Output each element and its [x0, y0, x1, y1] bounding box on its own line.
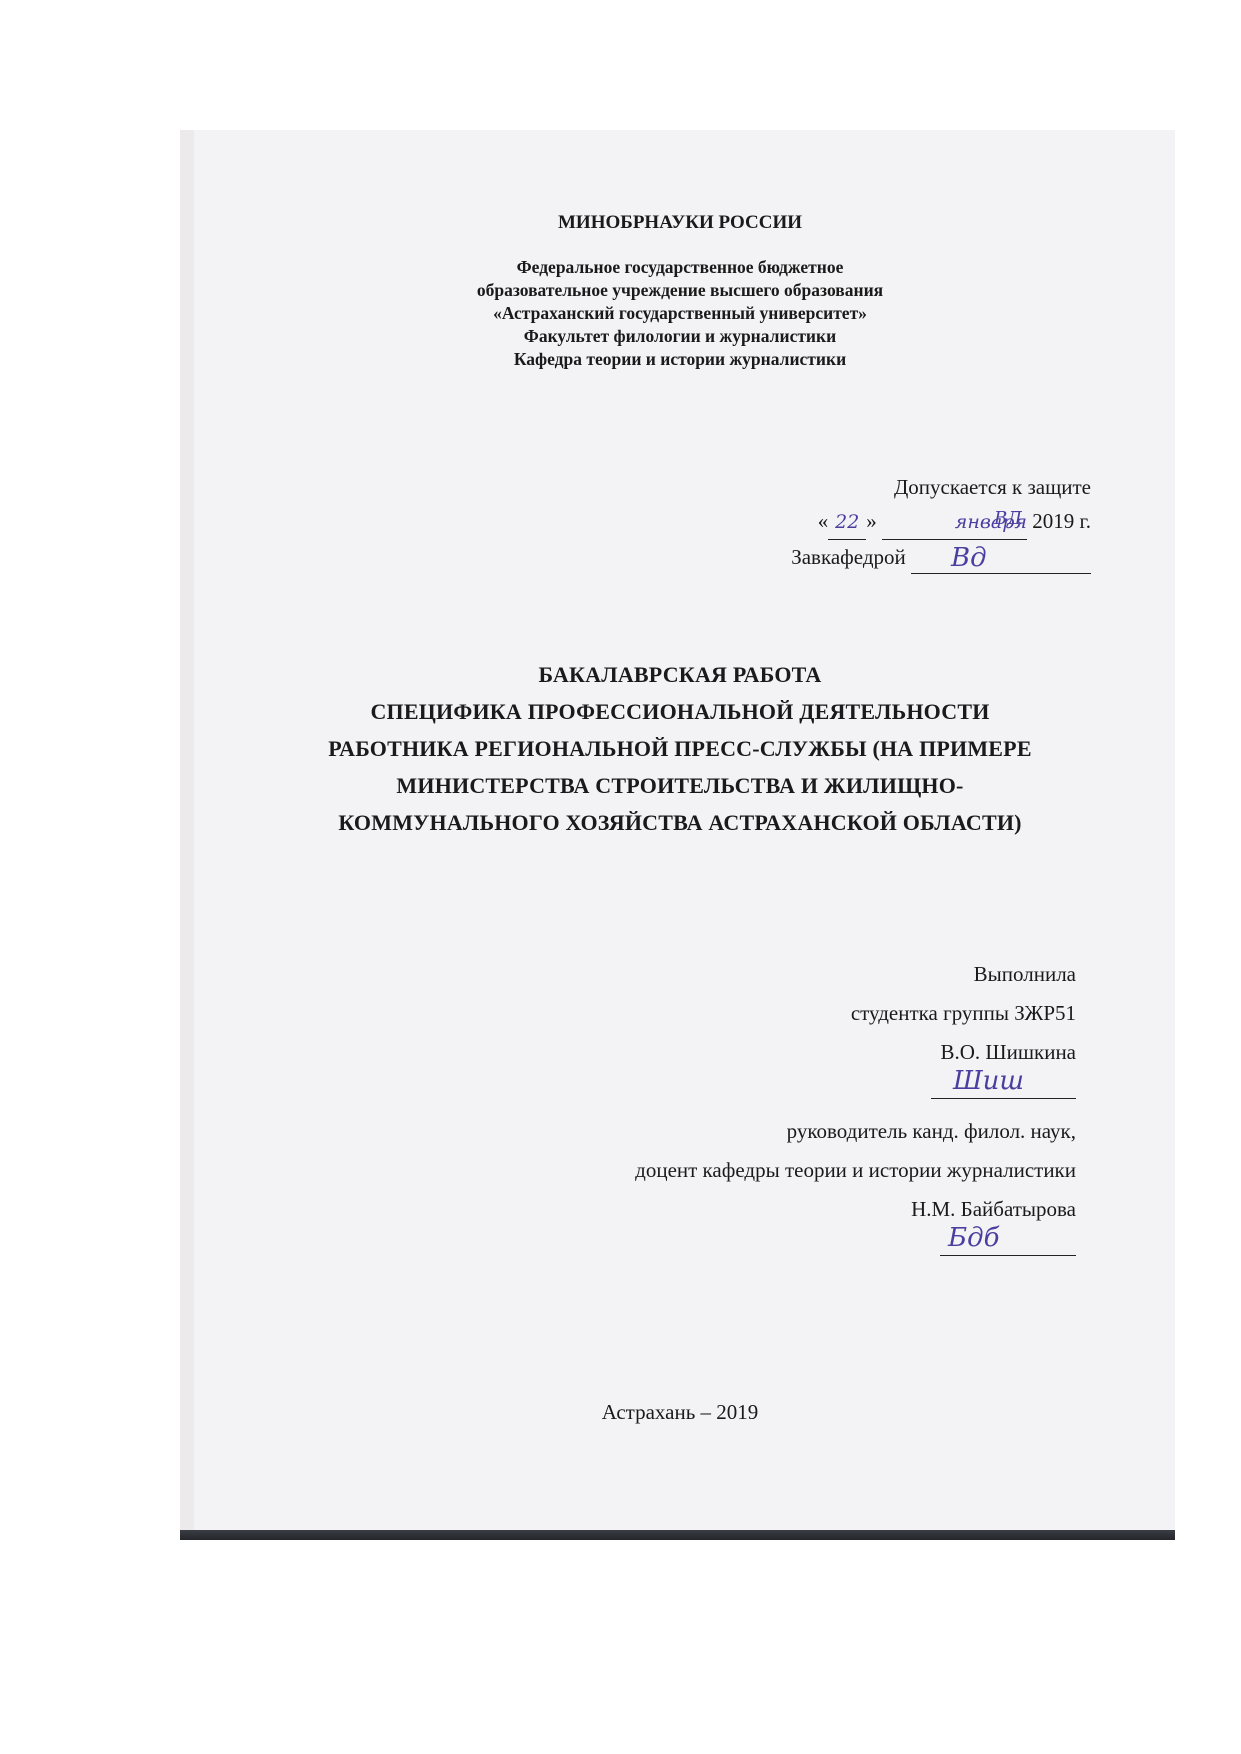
org-line: образовательное учреждение высшего образ… [180, 279, 1180, 302]
supervisor-degree: руководитель канд. филол. наук, [635, 1112, 1076, 1151]
author-signature: Шиш [953, 1062, 1024, 1101]
scan-edge [180, 1530, 1175, 1540]
author-group: студентка группы ЗЖР51 [635, 994, 1076, 1033]
date-year: 2019 г. [1032, 509, 1091, 533]
head-signature-line: Вд [911, 549, 1091, 574]
org-line: Факультет филологии и журналистики [180, 325, 1180, 348]
head-signature: Вд [951, 541, 987, 575]
author-signature-line: Шиш [931, 1072, 1076, 1099]
thesis-title-block: БАКАЛАВРСКАЯ РАБОТА СПЕЦИФИКА ПРОФЕССИОН… [180, 656, 1180, 841]
ministry-name: МИНОБРНАУКИ РОССИИ [180, 212, 1180, 234]
city-year: Астрахань – 2019 [180, 1400, 1180, 1425]
org-line: «Астраханский государственный университе… [180, 302, 1180, 325]
organization-block: Федеральное государственное бюджетное об… [180, 256, 1180, 371]
supervisor-name: Н.М. Байбатырова [635, 1190, 1076, 1229]
admission-block: Допускается к защите «22» январяВД 2019 … [791, 470, 1091, 574]
author-block: Выполнила студентка группы ЗЖР51 В.О. Ши… [635, 955, 1076, 1269]
thesis-type: БАКАЛАВРСКАЯ РАБОТА [180, 656, 1180, 693]
supervisor-position: доцент кафедры теории и истории журналис… [635, 1151, 1076, 1190]
date-month: январяВД [882, 504, 1027, 540]
title-line: КОММУНАЛЬНОГО ХОЗЯЙСТВА АСТРАХАНСКОЙ ОБЛ… [180, 804, 1180, 841]
title-line: СПЕЦИФИКА ПРОФЕССИОНАЛЬНОЙ ДЕЯТЕЛЬНОСТИ [180, 693, 1180, 730]
supervisor-signature: Бдб [948, 1219, 999, 1258]
org-line: Кафедра теории и истории журналистики [180, 348, 1180, 371]
title-line: МИНИСТЕРСТВА СТРОИТЕЛЬСТВА И ЖИЛИЩНО- [180, 767, 1180, 804]
head-of-department: Завкафедрой Вд [791, 540, 1091, 574]
admission-date: «22» январяВД 2019 г. [791, 504, 1091, 540]
org-line: Федеральное государственное бюджетное [180, 256, 1180, 279]
supervisor-signature-line: Бдб [940, 1229, 1076, 1256]
title-line: РАБОТНИКА РЕГИОНАЛЬНОЙ ПРЕСС-СЛУЖБЫ (НА … [180, 730, 1180, 767]
admission-label: Допускается к защите [791, 470, 1091, 504]
date-day: 22 [828, 504, 866, 540]
author-label: Выполнила [635, 955, 1076, 994]
